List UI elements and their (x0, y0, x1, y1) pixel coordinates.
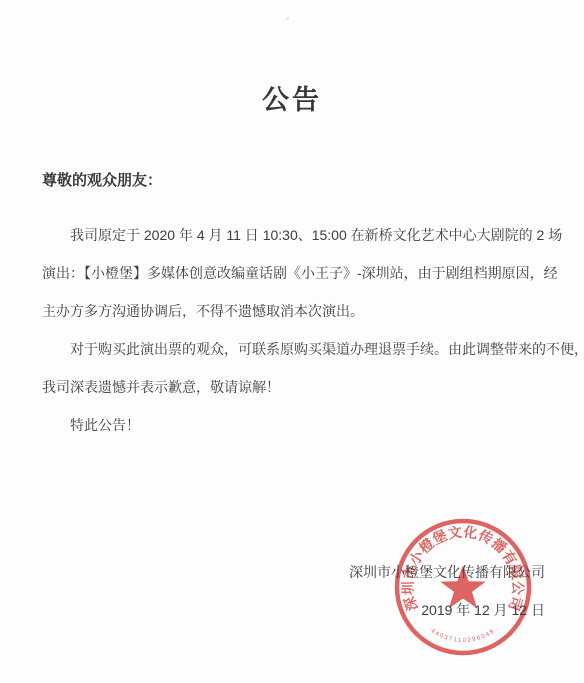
paragraph-2-line-1: 对于购买此演出票的观众，可联系原购买渠道办理退票手续。由此调整带来的不便， (42, 330, 546, 368)
paragraph-1-line-3: 主办方多方沟通协调后，不得不遗憾取消本次演出。 (42, 292, 546, 330)
page-title: 公告 (0, 78, 584, 117)
paragraph-1-line-2: 演出：【小橙堡】多媒体创意改编童话剧《小王子》-深圳站，由于剧组档期原因，经 (42, 254, 546, 292)
company-seal-stamp: 深圳市小橙堡文化传播有限公司 44037110298048 (393, 517, 533, 657)
signature-date: 2019 年 12 月 12 日 (421, 600, 545, 620)
scan-artifact (286, 17, 289, 20)
seal-code-arc-textpath: 44037110298048 (430, 628, 497, 644)
closing-line: 特此公告！ (42, 406, 546, 444)
body-text: 我司原定于 2020 年 4 月 11 日 10:30、15:00 在新桥文化艺… (42, 216, 546, 444)
paragraph-1-line-1: 我司原定于 2020 年 4 月 11 日 10:30、15:00 在新桥文化艺… (42, 216, 546, 254)
signature-company: 深圳市小橙堡文化传播有限公司 (349, 562, 545, 582)
paragraph-2-line-2: 我司深表遗憾并表示歉意，敬请谅解！ (42, 368, 546, 406)
seal-code-arc-text: 44037110298048 (430, 628, 497, 644)
salutation: 尊敬的观众朋友： (42, 169, 162, 190)
seal-icon: 深圳市小橙堡文化传播有限公司 44037110298048 (393, 517, 533, 657)
announcement-page: 公告 尊敬的观众朋友： 我司原定于 2020 年 4 月 11 日 10:30、… (0, 0, 584, 683)
